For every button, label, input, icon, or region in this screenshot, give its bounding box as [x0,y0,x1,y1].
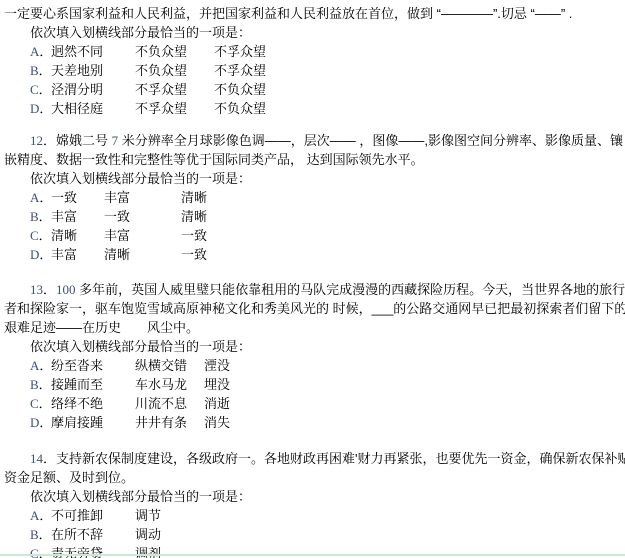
option-row: C．清晰丰富一致 [4,226,625,245]
bottom-rule [0,554,625,556]
latin-text: 12 [30,133,43,148]
option-letter: C [30,546,39,558]
option-cell: 接踵而至 [51,375,135,394]
option-cell: 消失 [204,413,230,432]
option-label: D． [30,245,51,264]
stem-line: 12．嫦娥二号 7 米分辨率全月球影像色调——，层次—— ，图像——,影像图空间… [4,131,625,150]
option-row: D．摩肩接踵井井有条消失 [4,413,625,432]
option-letter: A [30,190,39,205]
stem-line: 14．支持新农保制度建设，各级政府一。各地财政再困难'财力再紧张，也要优先一资金… [4,449,625,468]
option-cell: 湮没 [204,356,230,375]
option-letter: C [30,82,39,97]
option-cell: 不孚众望 [135,80,214,99]
question-block: 14．支持新农保制度建设，各级政府一。各地财政再困难'财力再紧张，也要优先一资金… [4,449,625,558]
option-label: C． [30,80,51,99]
prompt-line: 依次填入划横线部分最恰当的一项是： [4,23,625,42]
option-row: A．一致丰富清晰 [4,188,625,207]
option-cell: 川流不息 [135,394,204,413]
stem-line: 资金足额、及时到位。 [4,468,625,487]
question-block: 12．嫦娥二号 7 米分辨率全月球影像色调——，层次—— ，图像——,影像图空间… [4,131,625,264]
stem-line: 一定要心系国家利益和人民利益，并把国家利益和人民利益放在首位，做到 “————”… [4,4,625,23]
option-cell: 消逝 [204,394,230,413]
option-row: B．接踵而至车水马龙埋没 [4,375,625,394]
stem-line: 13．100 多年前，英国人威里璧只能依靠租用的马队完成漫漫的西藏探险历程。今天… [4,280,625,299]
option-cell: 清晰 [181,188,207,207]
option-letter: A [30,508,39,523]
question-block: 13．100 多年前，英国人威里璧只能依靠租用的马队完成漫漫的西藏探险历程。今天… [4,280,625,432]
option-cell: 天差地别 [51,61,135,80]
option-cell: 一致 [104,207,181,226]
option-letter: D [30,247,39,262]
option-cell: 大相径庭 [51,99,135,118]
option-letter: C [30,228,39,243]
option-label: A． [30,506,51,525]
option-letter: D [30,101,39,116]
option-letter: B [30,209,39,224]
option-cell: 一致 [51,188,104,207]
option-cell: 车水马龙 [135,375,204,394]
option-cell: 丰富 [104,226,181,245]
option-label: D． [30,99,51,118]
option-cell: 不可推卸 [51,506,135,525]
latin-text: 14 [30,451,43,466]
prompt-line: 依次填入划横线部分最恰当的一项是： [4,487,625,506]
prompt-line: 依次填入划横线部分最恰当的一项是： [4,337,625,356]
option-cell: 不负众望 [214,80,266,99]
option-cell: 不负众望 [135,61,214,80]
option-letter: D [30,415,39,430]
option-cell: 不负众望 [214,99,266,118]
option-row: B．在所不辞调动 [4,525,625,544]
option-row: D．大相径庭不孚众望不负众望 [4,99,625,118]
option-row: A．不可推卸调节 [4,506,625,525]
option-cell: 纷至沓来 [51,356,135,375]
option-cell: 一致 [181,226,207,245]
option-letter: C [30,396,39,411]
option-label: A． [30,42,51,61]
document-page: 一定要心系国家利益和人民利益，并把国家利益和人民利益放在首位，做到 “————”… [0,0,625,558]
option-letter: B [30,63,39,78]
option-row: A．迥然不同不负众望不孚众望 [4,42,625,61]
option-row: B．天差地别不负众望不孚众望 [4,61,625,80]
option-label: B． [30,375,51,394]
option-label: B． [30,207,51,226]
option-row: B．丰富一致清晰 [4,207,625,226]
option-label: D． [30,413,51,432]
option-cell: 泾渭分明 [51,80,135,99]
option-label: B． [30,525,51,544]
option-cell: 调节 [135,506,214,525]
option-cell: 埋没 [204,375,230,394]
option-letter: B [30,377,39,392]
option-cell: 不孚众望 [214,61,266,80]
option-cell: 清晰 [104,245,181,264]
latin-text: 7 [112,133,119,148]
option-cell: 摩肩接踵 [51,413,135,432]
option-cell: 清晰 [51,226,104,245]
option-letter: A [30,358,39,373]
option-row: D．丰富清晰一致 [4,245,625,264]
option-cell: 迥然不同 [51,42,135,61]
question-block: 一定要心系国家利益和人民利益，并把国家利益和人民利益放在首位，做到 “————”… [4,4,625,118]
stem-line: 艰难足迹——在历史 风尘中。 [4,318,625,337]
option-row: A．纷至沓来纵横交错湮没 [4,356,625,375]
option-cell: 络绎不绝 [51,394,135,413]
option-cell: 丰富 [51,245,104,264]
option-label: B． [30,61,51,80]
option-label: A． [30,356,51,375]
latin-text: 13 [30,282,43,297]
option-label: C． [30,226,51,245]
option-letter: A [30,44,39,59]
option-letter: B [30,527,39,542]
latin-text: 100 [56,282,76,297]
stem-line: 嵌精度、数据一致性和完整性等优于国际同类产品， 达到国际领先水平。 [4,150,625,169]
option-label: A． [30,188,51,207]
option-row: C．络绎不绝川流不息消逝 [4,394,625,413]
option-cell: 不孚众望 [135,99,214,118]
option-row: C．泾渭分明不孚众望不负众望 [4,80,625,99]
option-cell: 一致 [181,245,207,264]
option-label: C． [30,394,51,413]
option-cell: 在所不辞 [51,525,135,544]
option-cell: 井井有条 [135,413,204,432]
option-cell: 丰富 [104,188,181,207]
option-cell: 清晰 [181,207,207,226]
option-cell: 调动 [135,525,214,544]
option-cell: 不孚众望 [214,42,266,61]
questions: 一定要心系国家利益和人民利益，并把国家利益和人民利益放在首位，做到 “————”… [0,0,625,558]
option-cell: 丰富 [51,207,104,226]
stem-line: 者和探险家一，驱车饱览雪域高原神秘文化和秀美风光的 时候，___的公路交通网早已… [4,299,625,318]
option-cell: 纵横交错 [135,356,204,375]
option-cell: 不负众望 [135,42,214,61]
prompt-line: 依次填入划横线部分最恰当的一项是： [4,169,625,188]
